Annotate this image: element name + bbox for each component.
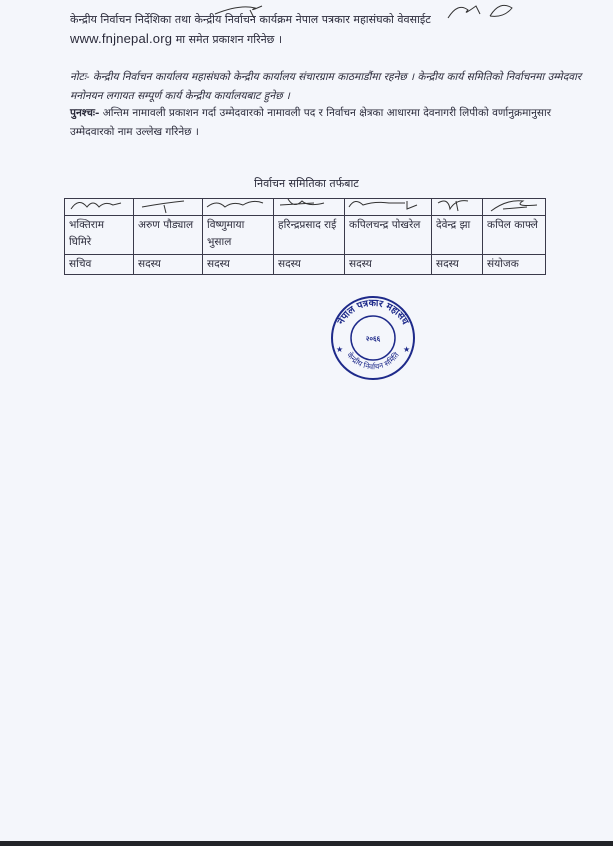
committee-title: निर्वाचन समितिका तर्फबाट bbox=[0, 176, 613, 191]
seal-star-icon: ★ bbox=[336, 345, 343, 354]
page-bottom-edge bbox=[0, 841, 613, 846]
member-role: सदस्य bbox=[432, 255, 483, 275]
names-row: भक्तिराम घिमिरे अरुण पौड्याल विष्णुमाया … bbox=[65, 216, 546, 255]
member-name: कपिलचन्द्र पोखरेल bbox=[345, 216, 432, 255]
signature-row bbox=[65, 199, 546, 216]
intro-line1: केन्द्रीय निर्वाचन निर्देशिका तथा केन्द्… bbox=[70, 13, 431, 26]
committee-table: भक्तिराम घिमिरे अरुण पौड्याल विष्णुमाया … bbox=[64, 198, 546, 275]
official-seal-stamp: नेपाल पत्रकार महासंघ केन्द्रीय निर्वाचन … bbox=[327, 294, 419, 382]
signature-cell bbox=[432, 199, 483, 216]
postscript-paragraph: पुनश्चः- अन्तिम नामावली प्रकाशन गर्दा उम… bbox=[70, 104, 590, 142]
signature-cell bbox=[65, 199, 134, 216]
member-role: सदस्य bbox=[203, 255, 274, 275]
member-name: देवेन्द्र झा bbox=[432, 216, 483, 255]
intro-line2: मा समेत प्रकाशन गरिनेछ । bbox=[172, 33, 282, 46]
signature-cell bbox=[274, 199, 345, 216]
seal-outer-text: नेपाल पत्रकार महासंघ bbox=[334, 298, 411, 328]
svg-text:नेपाल पत्रकार महासंघ: नेपाल पत्रकार महासंघ bbox=[334, 298, 411, 328]
member-name: विष्णुमाया भुसाल bbox=[203, 216, 274, 255]
member-name: कपिल काफ्ले bbox=[483, 216, 546, 255]
note-label: नोटः- bbox=[70, 71, 90, 83]
postscript-text: अन्तिम नामावली प्रकाशन गर्दा उम्मेदवारको… bbox=[70, 107, 551, 138]
member-role: सदस्य bbox=[345, 255, 432, 275]
document-page: केन्द्रीय निर्वाचन निर्देशिका तथा केन्द्… bbox=[0, 0, 613, 846]
signature-cell bbox=[483, 199, 546, 216]
seal-year: २०६६ bbox=[366, 335, 381, 343]
member-name: हरिन्द्रप्रसाद राई bbox=[274, 216, 345, 255]
signature-cell bbox=[134, 199, 203, 216]
member-role: सदस्य bbox=[274, 255, 345, 275]
postscript-label: पुनश्चः- bbox=[70, 107, 99, 119]
intro-paragraph: केन्द्रीय निर्वाचन निर्देशिका तथा केन्द्… bbox=[70, 10, 590, 49]
roles-row: सचिव सदस्य सदस्य सदस्य सदस्य सदस्य संयोज… bbox=[65, 255, 546, 275]
member-role: सदस्य bbox=[134, 255, 203, 275]
member-role: सचिव bbox=[65, 255, 134, 275]
signature-cell bbox=[203, 199, 274, 216]
member-role: संयोजक bbox=[483, 255, 546, 275]
signature-cell bbox=[345, 199, 432, 216]
member-name: अरुण पौड्याल bbox=[134, 216, 203, 255]
website-link[interactable]: www.fnjnepal.org bbox=[70, 31, 172, 46]
member-name: भक्तिराम घिमिरे bbox=[65, 216, 134, 255]
note-paragraph: नोटः- केन्द्रीय निर्वाचन कार्यालय महासंघ… bbox=[70, 68, 590, 106]
seal-star-icon: ★ bbox=[403, 345, 410, 354]
note-text: केन्द्रीय निर्वाचन कार्यालय महासंघको केन… bbox=[70, 71, 581, 102]
